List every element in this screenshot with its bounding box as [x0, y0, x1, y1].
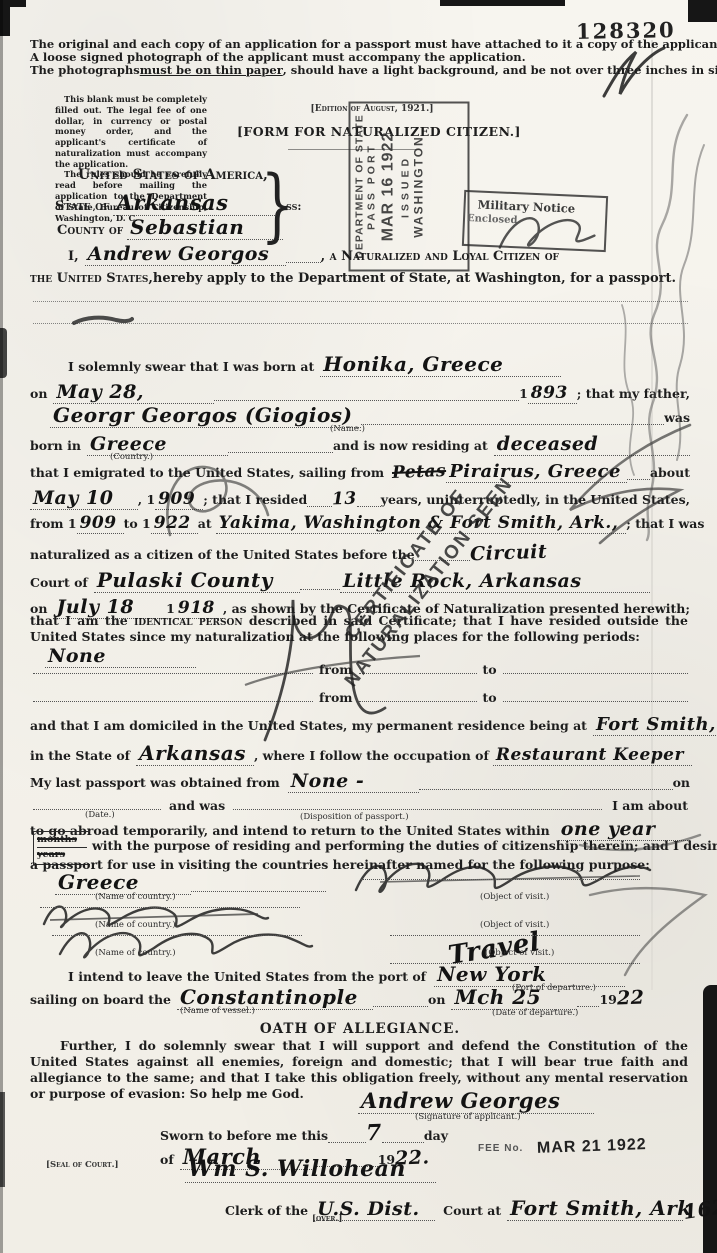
residing-label: and is now residing at: [333, 438, 488, 453]
citizen-clause: , a Naturalized and Loyal Citizen of: [321, 249, 559, 264]
on-label: on: [428, 992, 445, 1007]
header-text: , should have a light background, and be…: [283, 63, 717, 77]
birthdate-field: May 28,: [53, 381, 214, 404]
identical-clause: that I am the: [30, 613, 134, 628]
ss-label: ss:: [286, 200, 301, 213]
to-label: to 1: [124, 516, 151, 531]
court-kind-handwriting: Circuit: [469, 541, 547, 566]
dotted-rule: [373, 1005, 428, 1007]
header-text: A loose signed photograph of the applica…: [30, 50, 526, 64]
scan-artifact: [0, 0, 26, 7]
blank-rule: [33, 300, 688, 302]
blank-rule: [40, 906, 300, 908]
last-passport-label: My last passport was obtained from: [30, 775, 280, 790]
blank-rule: [503, 700, 688, 702]
handwriting-scrawl: [150, 455, 280, 550]
court-location-field: Fort Smith, Ark: [507, 1196, 683, 1221]
object-caption: (Object of visit.): [480, 892, 549, 902]
residence-handwriting: Fort Smith,: [596, 714, 716, 735]
oath-title: OATH OF ALLEGIANCE.: [230, 1021, 490, 1037]
clerk-of-label: Clerk of the: [225, 1203, 308, 1218]
residence-state-handwriting: Arkansas: [139, 741, 246, 765]
year-prefix: 19: [599, 992, 616, 1007]
last-passport-handwriting: None -: [291, 770, 364, 792]
months-option: months: [37, 833, 87, 847]
applicant-name-handwriting: Andrew Georgos: [88, 243, 270, 265]
apply-clause: the United States,: [30, 271, 153, 286]
dotted-rule: [577, 1005, 599, 1007]
blank-rule: [233, 808, 602, 810]
vessel-caption: (Name of vessel.): [180, 1006, 255, 1016]
dotted-rule: [382, 1141, 424, 1143]
resided-years-handwriting: 13: [332, 489, 357, 510]
from-label: from 1: [30, 516, 77, 531]
sail-date-field: May 10: [30, 487, 138, 510]
day-label: day: [424, 1128, 448, 1143]
i-label: I,: [68, 249, 79, 264]
court-of-label: Court of: [30, 575, 88, 590]
dotted-rule: [214, 399, 519, 401]
birthplace-handwriting: Honika, Greece: [323, 352, 503, 376]
sail-port-struck-handwriting: Petas: [392, 461, 447, 483]
dotted-rule: [357, 505, 381, 507]
over-label: [over.]: [312, 1214, 342, 1224]
county-handwriting: Sebastian: [130, 215, 244, 239]
applicant-name-field: Andrew Georgos: [85, 243, 286, 266]
father-name-handwriting: Georgr Georgos (Giogios): [53, 403, 353, 427]
father-name-field: Georgr Georgos (Giogios): [50, 403, 361, 428]
occupation-label: , where I follow the occupation of: [254, 748, 489, 763]
stamp-date: MAR 21 1922: [537, 1136, 647, 1158]
departure-date-handwriting: Mch 25: [454, 985, 541, 1009]
header-instruction-line: The photographs must be on thin paper , …: [30, 63, 717, 77]
intend-label: I intend to leave the United States from…: [68, 969, 426, 984]
dotted-rule: [191, 890, 326, 892]
header-text: The original and each copy of an applica…: [30, 37, 717, 51]
born-in-label: born in: [30, 438, 81, 453]
fee-received-stamp: FEE No. MAR 21 1922: [478, 1138, 647, 1156]
court-location-handwriting: Fort Smith, Ark: [510, 1196, 692, 1220]
i-am-about-label: I am about: [612, 798, 688, 813]
country-caption: (Name of country.): [95, 948, 176, 958]
header-instruction-line: A loose signed photograph of the applica…: [30, 50, 526, 64]
on-label: on: [673, 775, 690, 790]
of-label: of: [160, 1152, 174, 1167]
birthplace-field: Honika, Greece: [320, 352, 561, 377]
dotted-rule: [228, 451, 333, 453]
dotted-rule: [286, 261, 321, 263]
state-field: Arkansas: [113, 190, 279, 216]
court-at-label: Court at: [443, 1203, 501, 1218]
clerk-signature-field: Wm S. Willohean: [185, 1156, 436, 1183]
caption-usa: United States of America,: [78, 167, 268, 183]
to-word: to: [483, 662, 497, 677]
stamp-text: FEE No.: [478, 1143, 523, 1154]
from-year-handwriting: 909: [80, 513, 117, 533]
birthdate-handwriting: May 28,: [56, 381, 144, 403]
blank-rule: [52, 934, 302, 936]
ink-smudge: [72, 314, 134, 328]
on-label: on: [30, 386, 47, 401]
applicant-signature-handwriting: Andrew Georges: [361, 1088, 560, 1113]
object-caption: (Object of visit.): [480, 920, 549, 930]
birthyear-field: 893: [528, 383, 577, 404]
departure-year-handwriting: 22: [616, 987, 644, 1010]
header-text-underlined: must be on thin paper: [140, 63, 283, 77]
country-1-handwriting: Greece: [58, 870, 139, 894]
object-caption: (Object of visit.): [485, 948, 554, 958]
birthyear-handwriting: 893: [531, 383, 568, 403]
abroad-clause: to go abroad temporarily, and intend to …: [30, 823, 550, 838]
born-at-label: I solemnly swear that I was born at: [68, 359, 314, 374]
scan-artifact: [0, 0, 3, 1253]
county-label: County of: [57, 223, 123, 238]
year-prefix: 1: [519, 386, 528, 401]
identical-person: identical person: [134, 613, 243, 628]
from-year-field: 909: [77, 513, 124, 534]
dotted-rule: [307, 505, 332, 507]
vessel-label: sailing on board the: [30, 992, 171, 1007]
sworn-label: Sworn to before me this: [160, 1128, 328, 1143]
seal-of-court-label: [Seal of Court.]: [46, 1160, 119, 1170]
state-of-label: in the State of: [30, 748, 130, 763]
blank-rule: [503, 672, 688, 674]
residence-field: Fort Smith,: [593, 714, 717, 736]
state-label: State of: [55, 199, 109, 214]
to-word: to: [483, 690, 497, 705]
court-name-handwriting: Pulaski County: [97, 568, 273, 592]
signature-field: Andrew Georges: [358, 1088, 594, 1114]
sidenote-paragraph: This blank must be completely filled out…: [55, 94, 207, 169]
passport-application-document: 128320 The original and each copy of an …: [0, 0, 717, 1253]
clerk-signature-handwriting: Wm S. Willohean: [188, 1156, 406, 1182]
departure-date-field: Mch 25: [451, 985, 577, 1010]
occupation-handwriting: Restaurant Keeper: [496, 745, 684, 765]
header-instruction-line: The original and each copy of an applica…: [30, 37, 717, 51]
county-field: Sebastian: [127, 215, 283, 240]
header-text: The photographs: [30, 63, 140, 77]
occupation-field: Restaurant Keeper: [493, 745, 692, 766]
scan-artifact: [688, 0, 717, 22]
last-passport-field: None -: [288, 770, 419, 793]
sworn-day-handwriting: 7: [366, 1120, 383, 1147]
and-was-label: and was: [169, 798, 225, 813]
country-3-scrawl: [52, 920, 317, 968]
dotted-rule: [419, 788, 673, 790]
handwriting-scrawl: [560, 825, 710, 985]
departure-caption: (Date of departure.): [492, 1008, 578, 1018]
scan-artifact: [440, 0, 565, 6]
dotted-rule: [328, 1141, 366, 1143]
handwriting-scrawl: [235, 590, 430, 745]
margin-handwriting: [592, 105, 712, 545]
state-handwriting: Arkansas: [116, 190, 228, 215]
father-country-field: Greece: [87, 433, 228, 456]
sail-date-handwriting: May 10: [33, 487, 113, 509]
